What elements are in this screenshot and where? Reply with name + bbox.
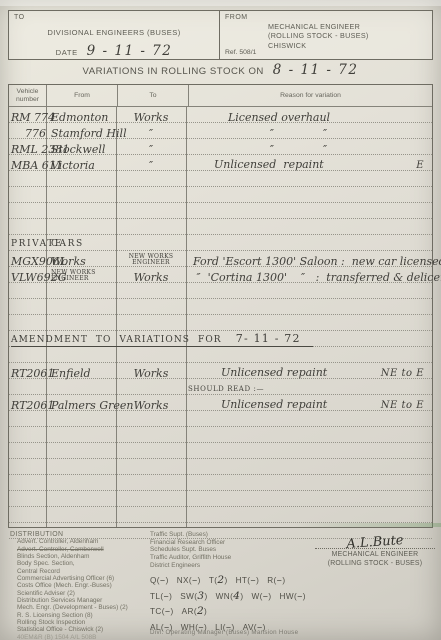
distribution-item: Blinds Section, Aldenham: [10, 553, 148, 560]
reason-text: Unlicensed repaint: [186, 366, 381, 379]
code-value-handwritten: –: [297, 590, 303, 602]
to-section: TO DIVISIONAL ENGINEERS (BUSES) DATE 9 -…: [9, 11, 220, 59]
code-item: Q(–): [150, 576, 169, 585]
distribution-item: Mech. Engr. (Development - Buses) (2): [10, 604, 148, 611]
table-row: [9, 443, 432, 459]
recipient-item: Schedules Supt. Buses: [150, 546, 231, 554]
distribution-item: R. S. Licensing Section (8): [10, 612, 148, 619]
table-row: RT2061EnfieldWorks Unlicensed repaintNE …: [9, 363, 432, 379]
table-row: RM 774EdmontonWorks Licensed overhaul: [9, 107, 432, 123]
section-label-private: PRIVATE: [9, 238, 48, 251]
code-line: TC(–)AR(2): [150, 605, 314, 621]
memo-header-box: TO DIVISIONAL ENGINEERS (BUSES) DATE 9 -…: [8, 10, 433, 60]
section-label-cars: CARS: [46, 238, 121, 251]
distribution-item: Rolling Stock Inspection: [10, 619, 148, 626]
column-header: To: [118, 85, 189, 106]
scanned-memo-page: TO DIVISIONAL ENGINEERS (BUSES) DATE 9 -…: [0, 0, 441, 640]
code-value-handwritten: 2: [197, 605, 204, 617]
recipient-list: Traffic Supt. (Buses)Financial Research …: [150, 531, 231, 570]
distribution-section: DISTRIBUTION Advert. Controller, Aldenha…: [10, 531, 148, 640]
code-item: AR(2): [182, 607, 208, 616]
code-value-handwritten: –: [192, 574, 198, 586]
table-row: [9, 459, 432, 475]
table-row: MGX906LWorksNEW WORKS ENGINEER Ford 'Esc…: [9, 251, 432, 267]
code-value-handwritten: –: [165, 605, 171, 617]
distribution-item: Central Record: [10, 568, 148, 575]
table-row: RML 2381Stockwell″ ″ ″: [9, 139, 432, 155]
from-line: MECHANICAL ENGINEER: [268, 22, 369, 31]
signatory-title-2: (ROLLING STOCK - BUSES): [315, 560, 435, 569]
scan-artifact: [295, 523, 441, 527]
table-row: [9, 411, 432, 427]
distribution-list: Advert. Controller, AldenhamAdvert. Cont…: [10, 538, 148, 640]
form-title-date-handwritten: 8 - 11 - 72: [273, 62, 359, 78]
to-label: TO: [14, 14, 25, 21]
code-value-handwritten: 3: [197, 590, 204, 602]
code-item: R(–): [267, 576, 285, 585]
form-title-text: VARIATIONS IN ROLLING STOCK ON: [83, 66, 264, 77]
table-row: 776Stamford Hill″ ″ ″: [9, 123, 432, 139]
table-row: PRIVATECARS: [9, 235, 432, 251]
to-value: DIVISIONAL ENGINEERS (BUSES): [9, 28, 219, 37]
recipient-item: Traffic Auditor, Griffith House: [150, 554, 231, 562]
column-header: From: [47, 85, 118, 106]
code-value-handwritten: –: [163, 590, 169, 602]
title-spacer: [264, 61, 273, 78]
table-row: [9, 283, 432, 299]
codes-note: Divl. Operating Manager (Buses) Mansion …: [150, 629, 298, 636]
distribution-item: Commercial Advertising Officer (6): [10, 575, 148, 582]
recipient-item: District Engineers: [150, 562, 231, 570]
code-item: HW(–): [280, 592, 306, 601]
code-item: WN(4): [216, 592, 244, 601]
code-item: TL(–): [150, 592, 172, 601]
distribution-item: Scientific Adviser (2): [10, 590, 148, 597]
table-row: [9, 427, 432, 443]
table-row: [9, 187, 432, 203]
code-item: W(–): [251, 592, 271, 601]
from-label: FROM: [225, 14, 248, 21]
distribution-item: Distribution Services Manager: [10, 597, 148, 604]
code-line: TL(–)SW(3)WN(4)W(–)HW(–): [150, 590, 314, 606]
from-line: (ROLLING STOCK - BUSES): [268, 31, 369, 40]
distribution-item: Advert. Controller, Camberwell: [10, 546, 148, 553]
date-value-handwritten: 9 - 11 - 72: [87, 43, 173, 59]
cell-reason: Unlicensed repaintNE to E: [186, 398, 432, 412]
distribution-item: Body Spec. Section,: [10, 560, 148, 567]
code-item: TC(–): [150, 607, 174, 616]
signature-block: A.L.Bute MECHANICAL ENGINEER (ROLLING ST…: [315, 535, 435, 568]
table-row: [9, 315, 432, 331]
from-address: MECHANICAL ENGINEER(ROLLING STOCK - BUSE…: [268, 22, 369, 50]
amendment-text: AMENDMENT TO VARIATIONS FOR: [11, 335, 222, 345]
table-row: [9, 507, 432, 523]
table-row: MBA 611Victoria″ Unlicensed repaintE: [9, 155, 432, 171]
reason-text: Unlicensed repaint: [186, 158, 416, 171]
distribution-item: Costs Office (Mech. Engr.-Buses): [10, 582, 148, 589]
table-row: [9, 171, 432, 187]
should-read-label: SHOULD READ :—: [188, 385, 264, 393]
table-row: [9, 203, 432, 219]
garage-codes: Q(–)NX(–)T(2)HT(–)R(–)TL(–)SW(3)WN(4)W(–…: [150, 574, 314, 636]
distribution-item: Advert. Controller, Aldenham: [10, 538, 148, 545]
table-row: SHOULD READ :—: [9, 379, 432, 395]
table-row: [9, 299, 432, 315]
table-row: [9, 219, 432, 235]
table-row: RT2061Palmers GreenWorks Unlicensed repa…: [9, 395, 432, 411]
table-row: [9, 475, 432, 491]
date-spacer: [78, 42, 87, 59]
from-section: FROM MECHANICAL ENGINEER(ROLLING STOCK -…: [220, 11, 432, 59]
from-line: CHISWICK: [268, 41, 369, 50]
code-value-handwritten: –: [277, 574, 283, 586]
variations-table: Vehicle numberFromToReason for variation…: [8, 84, 433, 528]
ref-number: Ref. 508/1: [225, 49, 256, 56]
code-item: T(2): [209, 576, 228, 585]
table-row: AMENDMENT TO VARIATIONS FOR 7- 11 - 72: [9, 331, 432, 347]
amendment-date: 7- 11 - 72: [222, 332, 301, 345]
column-header: Reason for variation: [189, 85, 432, 106]
distribution-item: Statistical Office - Chiswick (2): [10, 626, 148, 633]
table-row: VLW692GNEW WORKS ENGINEERWorks ″ 'Cortin…: [9, 267, 432, 283]
code-item: NX(–): [177, 576, 201, 585]
code-item: HT(–): [236, 576, 260, 585]
code-value-handwritten: –: [263, 590, 269, 602]
code-value-handwritten: 2: [217, 574, 224, 586]
code-value-handwritten: 4: [233, 590, 240, 602]
distribution-title: DISTRIBUTION: [10, 531, 148, 538]
table-body: RM 774EdmontonWorks Licensed overhaul776…: [9, 107, 432, 527]
code-line: Q(–)NX(–)T(2)HT(–)R(–): [150, 574, 314, 590]
cell-to: NEW WORKS ENGINEER: [116, 254, 186, 266]
distribution-item: 40EM&R (B) 1504 A/L 508B: [10, 634, 148, 640]
form-title: VARIATIONS IN ROLLING STOCK ON 8 - 11 - …: [0, 61, 441, 79]
reason-text: Unlicensed repaint: [186, 398, 381, 411]
code-value-handwritten: –: [250, 574, 256, 586]
recipient-item: Financial Research Officer: [150, 539, 231, 547]
scan-edge-strip: [0, 0, 441, 6]
cell-reason: Unlicensed repaintNE to E: [186, 366, 432, 380]
code-item: SW(3): [180, 592, 207, 601]
code-value-handwritten: –: [160, 574, 166, 586]
cell-from: NEW WORKS ENGINEER: [46, 270, 121, 282]
table-header-row: Vehicle numberFromToReason for variation: [9, 85, 432, 107]
column-header: Vehicle number: [9, 85, 47, 106]
recipient-item: Traffic Supt. (Buses): [150, 531, 231, 539]
table-row: [9, 491, 432, 507]
table-row: [9, 347, 432, 363]
date-line: DATE 9 - 11 - 72: [9, 42, 219, 60]
amendment-heading: AMENDMENT TO VARIATIONS FOR 7- 11 - 72: [11, 332, 313, 347]
cell-reason: Unlicensed repaintE: [186, 158, 432, 172]
date-label: DATE: [56, 48, 78, 57]
